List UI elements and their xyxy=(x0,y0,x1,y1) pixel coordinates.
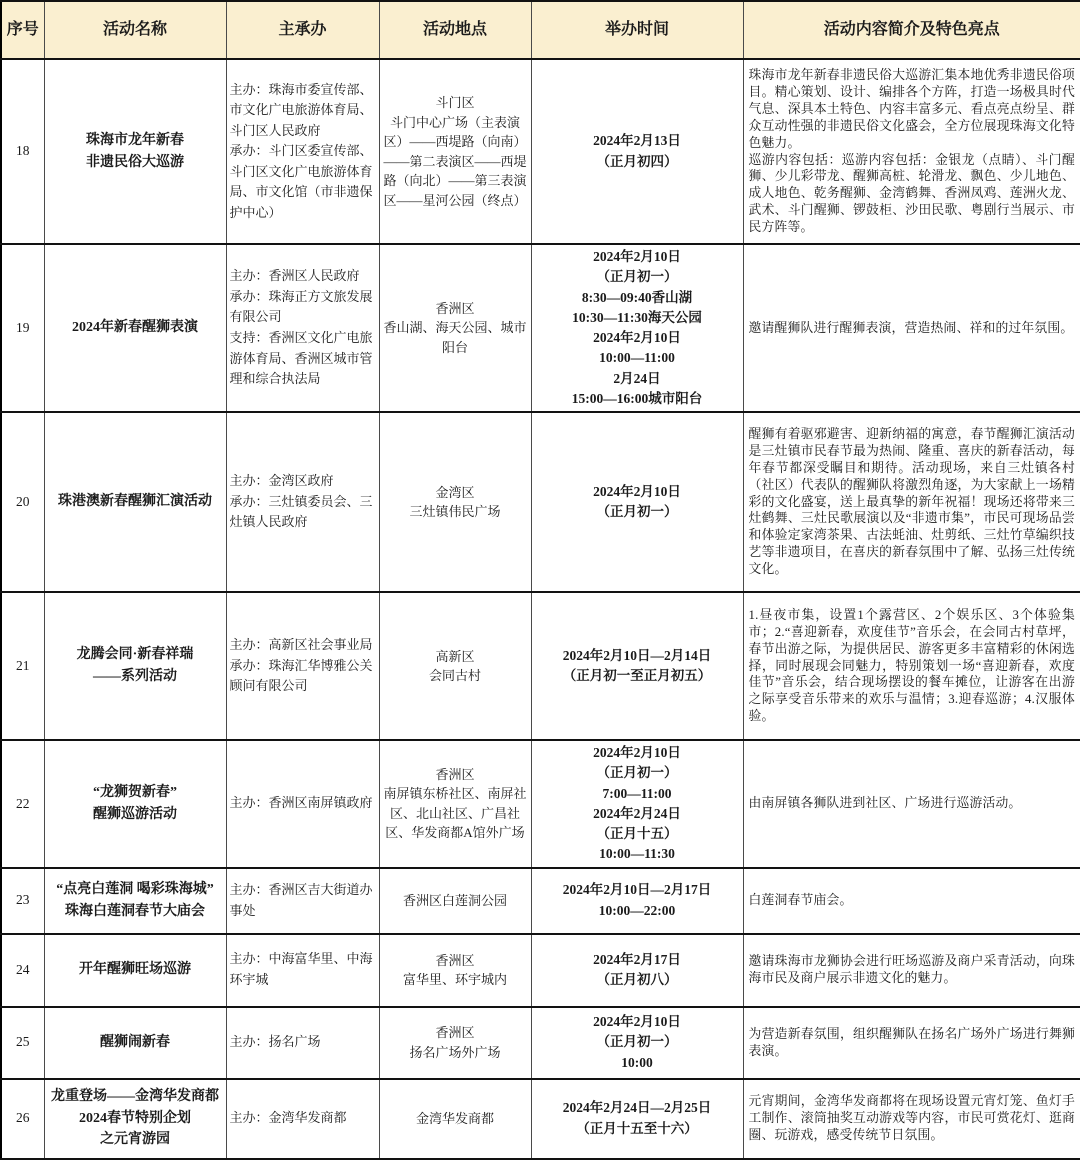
header-row: 序号 活动名称 主承办 活动地点 举办时间 活动内容简介及特色亮点 xyxy=(1,1,1080,59)
cell-time: 2024年2月10日 （正月初一） 7:00—11:00 2024年2月24日 … xyxy=(531,740,743,868)
cell-time: 2024年2月10日—2月14日 （正月初一至正月初五） xyxy=(531,592,743,740)
cell-location: 金湾区 三灶镇伟民广场 xyxy=(379,412,531,592)
cell-description: 珠海市龙年新春非遗民俗大巡游汇集本地优秀非遗民俗项目。精心策划、设计、编排各个方… xyxy=(743,59,1080,244)
cell-time: 2024年2月10日 （正月初一） 10:00 xyxy=(531,1007,743,1079)
cell-location: 高新区 会同古村 xyxy=(379,592,531,740)
table-body: 18 珠海市龙年新春 非遗民俗大巡游 主办：珠海市委宣传部、市文化广电旅游体育局… xyxy=(1,59,1080,1159)
cell-time: 2024年2月13日 （正月初四） xyxy=(531,59,743,244)
col-header-time: 举办时间 xyxy=(531,1,743,59)
cell-description: 1.昼夜市集，设置1个露营区、2个娱乐区、3个体验集市；2.“喜迎新春，欢度佳节… xyxy=(743,592,1080,740)
cell-serial-number: 21 xyxy=(1,592,44,740)
cell-activity-name: 龙腾会同·新春祥瑞 ——系列活动 xyxy=(44,592,226,740)
table-row: 22 “龙狮贺新春” 醒狮巡游活动 主办：香洲区南屏镇政府 香洲区 南屏镇东桥社… xyxy=(1,740,1080,868)
cell-activity-name: 珠港澳新春醒狮汇演活动 xyxy=(44,412,226,592)
cell-serial-number: 23 xyxy=(1,868,44,934)
cell-organizer: 主办：高新区社会事业局 承办：珠海汇华博雅公关顾问有限公司 xyxy=(226,592,379,740)
cell-serial-number: 25 xyxy=(1,1007,44,1079)
cell-location: 金湾华发商都 xyxy=(379,1079,531,1159)
table-row: 23 “点亮白莲洞 喝彩珠海城” 珠海白莲洞春节大庙会 主办：香洲区吉大街道办事… xyxy=(1,868,1080,934)
table-header: 序号 活动名称 主承办 活动地点 举办时间 活动内容简介及特色亮点 xyxy=(1,1,1080,59)
cell-serial-number: 26 xyxy=(1,1079,44,1159)
cell-description: 醒狮有着驱邪避害、迎新纳福的寓意，春节醒狮汇演活动是三灶镇市民春节最为热闹、隆重… xyxy=(743,412,1080,592)
events-table: 序号 活动名称 主承办 活动地点 举办时间 活动内容简介及特色亮点 18 珠海市… xyxy=(0,0,1080,1160)
cell-time: 2024年2月17日 （正月初八） xyxy=(531,934,743,1007)
cell-location: 香洲区 扬名广场外广场 xyxy=(379,1007,531,1079)
cell-activity-name: 2024年新春醒狮表演 xyxy=(44,244,226,412)
cell-organizer: 主办：扬名广场 xyxy=(226,1007,379,1079)
col-header-no: 序号 xyxy=(1,1,44,59)
table-row: 18 珠海市龙年新春 非遗民俗大巡游 主办：珠海市委宣传部、市文化广电旅游体育局… xyxy=(1,59,1080,244)
cell-serial-number: 18 xyxy=(1,59,44,244)
cell-description: 由南屏镇各狮队进到社区、广场进行巡游活动。 xyxy=(743,740,1080,868)
cell-activity-name: 龙重登场——金湾华发商都 2024春节特别企划 之元宵游园 xyxy=(44,1079,226,1159)
col-header-organizer: 主承办 xyxy=(226,1,379,59)
cell-location: 斗门区 斗门中心广场（主表演区）——西堤路（向南）——第二表演区——西堤路（向北… xyxy=(379,59,531,244)
table-row: 24 开年醒狮旺场巡游 主办：中海富华里、中海环宇城 香洲区 富华里、环宇城内 … xyxy=(1,934,1080,1007)
table-row: 21 龙腾会同·新春祥瑞 ——系列活动 主办：高新区社会事业局 承办：珠海汇华博… xyxy=(1,592,1080,740)
cell-description: 白莲洞春节庙会。 xyxy=(743,868,1080,934)
cell-location: 香洲区白莲洞公园 xyxy=(379,868,531,934)
cell-description: 邀请珠海市龙狮协会进行旺场巡游及商户采青活动，向珠海市民及商户展示非遗文化的魅力… xyxy=(743,934,1080,1007)
table-row: 20 珠港澳新春醒狮汇演活动 主办：金湾区政府 承办：三灶镇委员会、三灶镇人民政… xyxy=(1,412,1080,592)
col-header-location: 活动地点 xyxy=(379,1,531,59)
cell-organizer: 主办：香洲区吉大街道办事处 xyxy=(226,868,379,934)
cell-serial-number: 24 xyxy=(1,934,44,1007)
cell-description: 元宵期间，金湾华发商都将在现场设置元宵灯笼、鱼灯手工制作、滚筒抽奖互动游戏等内容… xyxy=(743,1079,1080,1159)
cell-activity-name: “龙狮贺新春” 醒狮巡游活动 xyxy=(44,740,226,868)
col-header-description: 活动内容简介及特色亮点 xyxy=(743,1,1080,59)
cell-time: 2024年2月24日—2月25日 （正月十五至十六） xyxy=(531,1079,743,1159)
cell-organizer: 主办：金湾区政府 承办：三灶镇委员会、三灶镇人民政府 xyxy=(226,412,379,592)
cell-serial-number: 19 xyxy=(1,244,44,412)
cell-organizer: 主办：香洲区南屏镇政府 xyxy=(226,740,379,868)
cell-description: 为营造新春氛围，组织醒狮队在扬名广场外广场进行舞狮表演。 xyxy=(743,1007,1080,1079)
cell-serial-number: 20 xyxy=(1,412,44,592)
cell-organizer: 主办：香洲区人民政府 承办：珠海正方文旅发展有限公司 支持：香洲区文化广电旅游体… xyxy=(226,244,379,412)
cell-serial-number: 22 xyxy=(1,740,44,868)
table-row: 25 醒狮闹新春 主办：扬名广场 香洲区 扬名广场外广场 2024年2月10日 … xyxy=(1,1007,1080,1079)
cell-time: 2024年2月10日 （正月初一） 8:30—09:40香山湖 10:30—11… xyxy=(531,244,743,412)
cell-activity-name: 珠海市龙年新春 非遗民俗大巡游 xyxy=(44,59,226,244)
cell-description: 邀请醒狮队进行醒狮表演，营造热闹、祥和的过年氛围。 xyxy=(743,244,1080,412)
cell-organizer: 主办：珠海市委宣传部、市文化广电旅游体育局、斗门区人民政府 承办：斗门区委宣传部… xyxy=(226,59,379,244)
col-header-activity-name: 活动名称 xyxy=(44,1,226,59)
table-row: 26 龙重登场——金湾华发商都 2024春节特别企划 之元宵游园 主办：金湾华发… xyxy=(1,1079,1080,1159)
table-row: 19 2024年新春醒狮表演 主办：香洲区人民政府 承办：珠海正方文旅发展有限公… xyxy=(1,244,1080,412)
cell-organizer: 主办：中海富华里、中海环宇城 xyxy=(226,934,379,1007)
cell-activity-name: 醒狮闹新春 xyxy=(44,1007,226,1079)
cell-time: 2024年2月10日—2月17日 10:00—22:00 xyxy=(531,868,743,934)
cell-organizer: 主办：金湾华发商都 xyxy=(226,1079,379,1159)
cell-activity-name: 开年醒狮旺场巡游 xyxy=(44,934,226,1007)
cell-location: 香洲区 富华里、环宇城内 xyxy=(379,934,531,1007)
cell-time: 2024年2月10日 （正月初一） xyxy=(531,412,743,592)
cell-activity-name: “点亮白莲洞 喝彩珠海城” 珠海白莲洞春节大庙会 xyxy=(44,868,226,934)
cell-location: 香洲区 南屏镇东桥社区、南屏社区、北山社区、广昌社区、华发商都A馆外广场 xyxy=(379,740,531,868)
cell-location: 香洲区 香山湖、海天公园、城市阳台 xyxy=(379,244,531,412)
